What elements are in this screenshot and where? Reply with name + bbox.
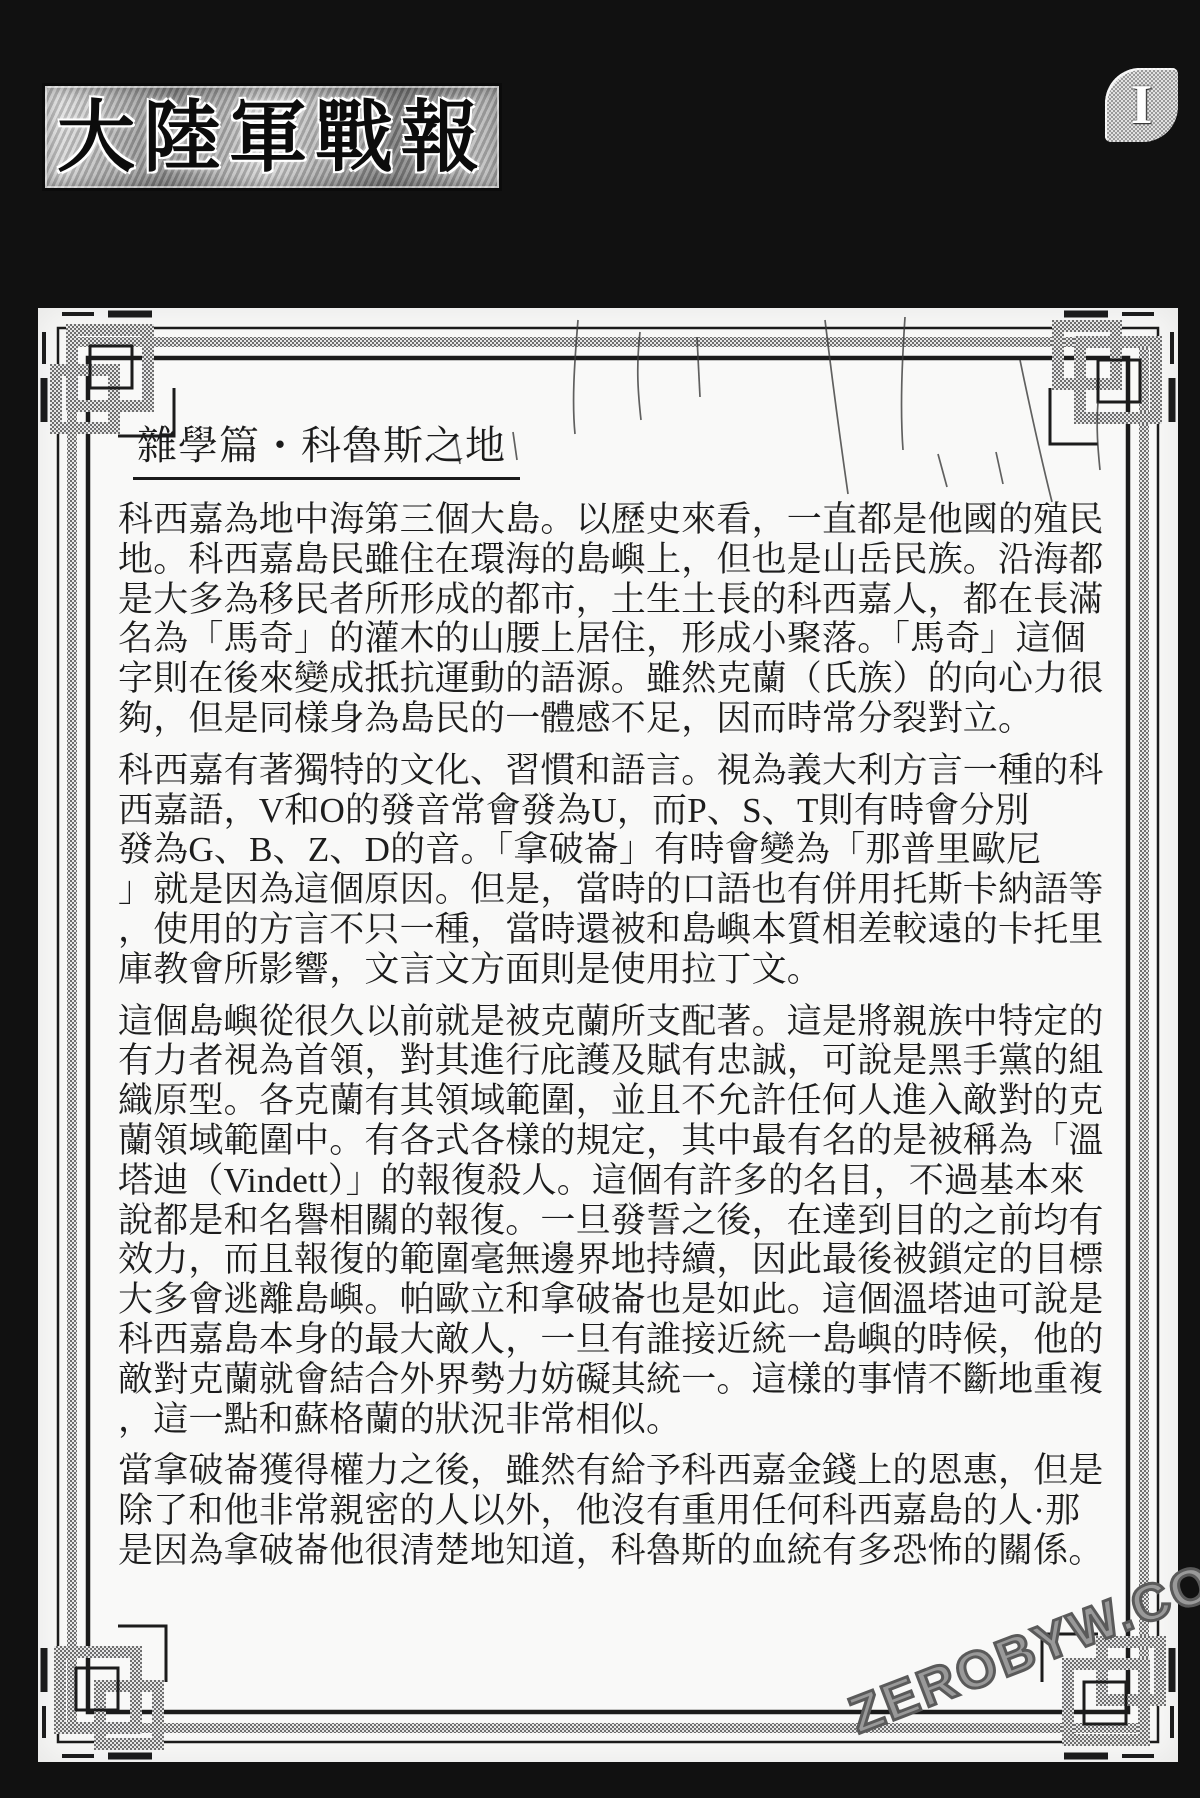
text-line: ，這一點和蘇格蘭的狀況非常相似。 [118,1400,1118,1440]
paragraph: 當拿破崙獲得權力之後，雖然有給予科西嘉金錢上的恩惠，但是 除了和他非常親密的人以… [118,1451,1118,1570]
article-text: 科西嘉為地中海第三個大島。以歷史來看，一直都是他國的殖民 地。科西嘉島民雖住在環… [118,500,1118,1583]
content-page: 雜學篇・科魯斯之地 科西嘉為地中海第三個大島。以歷史來看，一直都是他國的殖民 地… [38,308,1178,1762]
paragraph: 這個島嶼從很久以前就是被克蘭所支配著。這是將親族中特定的 有力者視為首領，對其進… [118,1002,1118,1440]
text-line: 科西嘉為地中海第三個大島。以歷史來看，一直都是他國的殖民 [118,500,1118,540]
text-line: 科西嘉有著獨特的文化、習慣和語言。視為義大利方言一種的科 [118,751,1118,791]
text-line: 名為「馬奇」的灌木的山腰上居住，形成小聚落。「馬奇」這個 [118,619,1118,659]
text-line: 科西嘉島本身的最大敵人，一旦有誰接近統一島嶼的時候，他的 [118,1320,1118,1360]
text-line: 織原型。各克蘭有其領域範圍，並且不允許任何人進入敵對的克 [118,1081,1118,1121]
text-line: 是大多為移民者所形成的都市，土生土長的科西嘉人，都在長滿 [118,580,1118,620]
text-line: 大多會逃離島嶼。帕歐立和拿破崙也是如此。這個溫塔迪可說是 [118,1280,1118,1320]
title-banner: 大陸軍戰報 [42,83,502,191]
volume-badge-label: I [1131,77,1153,133]
volume-badge: I [1105,68,1178,142]
text-line: 夠，但是同樣身為島民的一體感不足，因而時常分裂對立。 [118,699,1118,739]
paragraph: 科西嘉有著獨特的文化、習慣和語言。視為義大利方言一種的科 西嘉語，V和O的發音常… [118,751,1118,990]
text-line: 字則在後來變成抵抗運動的語源。雖然克蘭（氏族）的向心力很 [118,659,1118,699]
text-line: 庫教會所影響，文言文方面則是使用拉丁文。 [118,950,1118,990]
text-line: 說都是和名譽相關的報復。一旦發誓之後，在達到目的之前均有 [118,1201,1118,1241]
title-banner-text: 大陸軍戰報 [57,98,487,176]
text-line: 是因為拿破崙他很清楚地知道，科魯斯的血統有多恐怖的關係。 [118,1531,1118,1571]
text-line: 」就是因為這個原因。但是，當時的口語也有併用托斯卡納語等 [118,870,1118,910]
text-line: 發為G、B、Z、D的音。「拿破崙」有時會變為「那普里歐尼 [118,830,1118,870]
text-line: 效力，而且報復的範圍毫無邊界地持續，因此最後被鎖定的目標 [118,1240,1118,1280]
text-line: 蘭領域範圍中。有各式各樣的規定，其中最有名的是被稱為「溫 [118,1121,1118,1161]
text-line: 當拿破崙獲得權力之後，雖然有給予科西嘉金錢上的恩惠，但是 [118,1451,1118,1491]
text-line: 有力者視為首領，對其進行庇護及賦有忠誠，可說是黑手黨的組 [118,1041,1118,1081]
section-heading: 雜學篇・科魯斯之地 [133,422,520,480]
paragraph: 科西嘉為地中海第三個大島。以歷史來看，一直都是他國的殖民 地。科西嘉島民雖住在環… [118,500,1118,739]
scanned-page-background: { "header": { "title": "大陸軍戰報", "volume_… [0,0,1200,1798]
text-line: 西嘉語，V和O的發音常會發為U，而P、S、T則有時會分別 [118,791,1118,831]
text-line: 塔迪（Vindett）」的報復殺人。這個有許多的名目，不過基本來 [118,1161,1118,1201]
text-line: 地。科西嘉島民雖住在環海的島嶼上，但也是山岳民族。沿海都 [118,540,1118,580]
text-line: 敵對克蘭就會結合外界勢力妨礙其統一。這樣的事情不斷地重複 [118,1360,1118,1400]
text-line: 這個島嶼從很久以前就是被克蘭所支配著。這是將親族中特定的 [118,1002,1118,1042]
text-line: ，使用的方言不只一種，當時還被和島嶼本質相差較遠的卡托里 [118,910,1118,950]
text-line: 除了和他非常親密的人以外，他沒有重用任何科西嘉島的人·那 [118,1491,1118,1531]
